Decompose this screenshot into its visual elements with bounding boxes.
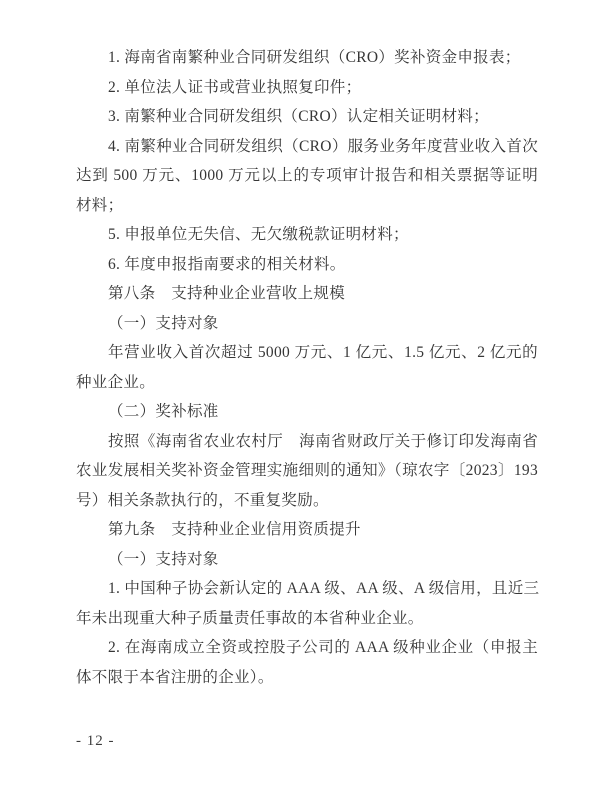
text-line: 农业发展相关奖补资金管理实施细则的通知》（琼农字〔2023〕193 bbox=[76, 456, 538, 486]
text-line: 4. 南繁种业合同研发组织（CRO）服务业务年度营业收入首次 bbox=[76, 132, 538, 162]
text-line: （一）支持对象 bbox=[76, 545, 538, 575]
text-line: 体不限于本省注册的企业）。 bbox=[76, 663, 538, 693]
text-line: 材料； bbox=[76, 191, 538, 221]
text-line: 种业企业。 bbox=[76, 368, 538, 398]
text-line: 年未出现重大种子质量责任事故的本省种业企业。 bbox=[76, 604, 538, 634]
text-line: 2. 在海南成立全资或控股子公司的 AAA 级种业企业（申报主 bbox=[76, 633, 538, 663]
page-number: - 12 - bbox=[76, 729, 115, 753]
text-line: 第八条 支持种业企业营收上规模 bbox=[76, 279, 538, 309]
text-line: 号）相关条款执行的，不重复奖励。 bbox=[76, 486, 538, 516]
document-page: 1. 海南省南繁种业合同研发组织（CRO）奖补资金申报表；2. 单位法人证书或营… bbox=[0, 0, 595, 795]
document-body: 1. 海南省南繁种业合同研发组织（CRO）奖补资金申报表；2. 单位法人证书或营… bbox=[76, 43, 538, 692]
text-line: 按照《海南省农业农村厅 海南省财政厅关于修订印发海南省 bbox=[76, 427, 538, 457]
text-line: 1. 海南省南繁种业合同研发组织（CRO）奖补资金申报表； bbox=[76, 43, 538, 73]
text-line: 第九条 支持种业企业信用资质提升 bbox=[76, 515, 538, 545]
text-line: （二）奖补标准 bbox=[76, 397, 538, 427]
text-line: 年营业收入首次超过 5000 万元、1 亿元、1.5 亿元、2 亿元的 bbox=[76, 338, 538, 368]
text-line: 达到 500 万元、1000 万元以上的专项审计报告和相关票据等证明 bbox=[76, 161, 538, 191]
text-line: 3. 南繁种业合同研发组织（CRO）认定相关证明材料； bbox=[76, 102, 538, 132]
text-line: 6. 年度申报指南要求的相关材料。 bbox=[76, 250, 538, 280]
text-line: 1. 中国种子协会新认定的 AAA 级、AA 级、A 级信用，且近三 bbox=[76, 574, 538, 604]
text-line: 2. 单位法人证书或营业执照复印件； bbox=[76, 73, 538, 103]
text-line: 5. 申报单位无失信、无欠缴税款证明材料； bbox=[76, 220, 538, 250]
text-line: （一）支持对象 bbox=[76, 309, 538, 339]
